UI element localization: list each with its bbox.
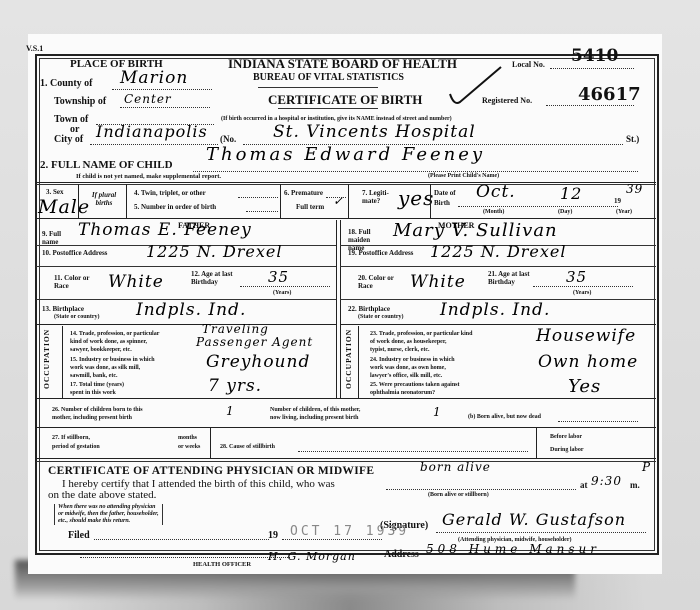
- children-born-value: 1: [226, 404, 235, 418]
- ampm-value: P: [642, 460, 651, 474]
- township-value: Center: [124, 92, 172, 106]
- hospital-value: St. Vincents Hospital: [273, 122, 476, 142]
- gestation-label: 27. If stillborn,period of gestation: [52, 434, 100, 452]
- father-birthplace-value: Indpls. Ind.: [136, 300, 246, 320]
- st-label: St.): [626, 134, 639, 144]
- date-text: on the date above stated.: [48, 489, 156, 501]
- dob-month: Oct.: [476, 182, 516, 202]
- at-label: at: [580, 480, 588, 490]
- father-industry-label: 15. Industry or business in whichwork wa…: [70, 356, 155, 380]
- township-label: Township of: [54, 96, 106, 107]
- child-name-label: 2. FULL NAME OF CHILD: [40, 159, 173, 171]
- mother-trade-value: Housewife: [536, 326, 636, 346]
- mother-birthplace-value: Indpls. Ind.: [440, 300, 550, 320]
- county-value: Marion: [120, 68, 188, 88]
- mother-industry-label: 24. Industry or business in whichwork wa…: [370, 356, 455, 380]
- father-industry-value: Greyhound: [206, 352, 310, 372]
- father-address-value: 1225 N. Drexel: [146, 242, 283, 261]
- mother-industry-value: Own home: [538, 352, 638, 372]
- mother-ophthalmia-label: 25. Were precautions taken againstophtha…: [370, 381, 460, 397]
- child-name-note: If child is not yet named, make suppleme…: [76, 173, 221, 180]
- legitimate-value: yes: [398, 186, 434, 210]
- address-label: Address: [384, 549, 419, 560]
- father-name-label: 9. Full name: [42, 230, 70, 246]
- twin-label: 4. Twin, triplet, or other: [134, 189, 206, 197]
- during-labor-label: During labor: [550, 447, 584, 453]
- physician-signature: Gerald W. Gustafson: [442, 510, 626, 529]
- filed-19-label: 19: [268, 530, 278, 541]
- father-age-value: 35: [268, 268, 289, 286]
- birth-time-value: 9:30: [591, 474, 622, 488]
- father-birthplace-label: 13. Birthplace: [42, 305, 84, 313]
- birth-certificate: V.S.1 PLACE OF BIRTH INDIANA STATE BOARD…: [28, 34, 662, 574]
- father-time-value: 7 yrs.: [208, 376, 262, 396]
- hospital-no-label: (No.: [220, 134, 236, 144]
- mother-occupation-label: OCCUPATION: [344, 329, 353, 389]
- father-years-caption: (Years): [273, 290, 291, 296]
- mother-age-label: 21. Age at last Birthday: [488, 270, 558, 286]
- month-caption: (Month): [483, 209, 504, 215]
- health-officer-label: HEALTH OFFICER: [193, 561, 251, 568]
- county-label: 1. County of: [40, 78, 93, 89]
- mother-ophthalmia-value: Yes: [568, 376, 601, 397]
- fullterm-label: Full term: [296, 203, 324, 211]
- mother-birthplace-sub: (State or country): [358, 314, 404, 320]
- months-weeks-label: monthsor weeks: [178, 434, 200, 452]
- cause-of-stillbirth-label: 28. Cause of stillbirth: [220, 444, 275, 450]
- born-status-caption: (Born alive or stillborn): [428, 492, 489, 498]
- local-no-label: Local No.: [512, 60, 545, 69]
- father-birthplace-sub: (State or country): [54, 314, 100, 320]
- father-time-label: 17. Total time (years)spent in this work: [70, 381, 124, 397]
- father-occupation-label: OCCUPATION: [42, 329, 51, 389]
- before-labor-label: Before labor: [550, 434, 582, 440]
- filed-date-stamp: OCT 17 1939: [290, 524, 409, 539]
- children-living-label: Number of children, of this mother,now l…: [270, 406, 360, 422]
- dob-year-prefix: 19: [614, 197, 621, 205]
- children-living-value: 1: [433, 405, 442, 419]
- father-trade-label: 14. Trade, profession, or particularkind…: [70, 330, 159, 354]
- checkmark-icon: [446, 64, 506, 109]
- children-born-label: 26. Number of children born to thismothe…: [52, 406, 143, 422]
- father-name-value: Thomas E. Feeney: [78, 220, 252, 240]
- mother-race-value: White: [410, 272, 466, 292]
- father-race-value: White: [108, 272, 164, 292]
- mother-name-value: Mary V. Sullivan: [393, 220, 558, 241]
- filed-label: Filed: [68, 530, 90, 541]
- born-alive-now-dead-label: (b) Born alive, but now dead: [468, 414, 541, 420]
- mother-years-caption: (Years): [573, 290, 591, 296]
- sex-label: 3. Sex: [46, 188, 64, 196]
- day-caption: (Day): [558, 209, 572, 215]
- premature-label: 6. Premature: [284, 189, 323, 197]
- dob-day: 12: [560, 184, 582, 203]
- mother-address-value: 1225 N. Drexel: [430, 242, 567, 261]
- plural-births-label: If plural births: [84, 191, 124, 207]
- certificate-title: CERTIFICATE OF BIRTH: [268, 92, 422, 108]
- father-race-label: 11. Color or Race: [54, 274, 104, 290]
- form-code: V.S.1: [26, 44, 43, 53]
- dob-label: Date of Birth: [434, 188, 464, 208]
- mother-address-label: 19. Postoffice Address: [348, 249, 413, 257]
- city-value: Indianapolis: [96, 122, 208, 141]
- father-address-label: 10. Postoffice Address: [42, 249, 107, 257]
- child-name-value: Thomas Edward Feeney: [206, 144, 485, 165]
- father-trade-value: TravelingPassenger Agent: [196, 323, 313, 349]
- dob-year: 39: [626, 182, 643, 196]
- agency-title: INDIANA STATE BOARD OF HEALTH: [228, 56, 457, 72]
- local-no: 5410: [571, 46, 618, 66]
- sex-value: Male: [38, 196, 90, 218]
- registered-no: 46617: [578, 84, 641, 105]
- fullterm-value: ✓: [333, 194, 344, 208]
- bureau-title: BUREAU OF VITAL STATISTICS: [253, 72, 404, 83]
- mother-race-label: 20. Color or Race: [358, 274, 408, 290]
- print-note: (Please Print Child's Name): [428, 173, 499, 179]
- physician-address-value: 508 Hume Mansur: [426, 542, 600, 556]
- physician-heading: CERTIFICATE OF ATTENDING PHYSICIAN OR MI…: [48, 465, 374, 477]
- order-label: 5. Number in order of birth: [134, 203, 216, 211]
- father-age-label: 12. Age at last Birthday: [191, 270, 261, 286]
- city-label: City of: [54, 134, 83, 145]
- health-officer-signature: H. G. Morgan: [268, 550, 356, 563]
- mother-trade-label: 23. Trade, profession, or particular kin…: [370, 330, 472, 354]
- legitimate-label: 7. Legiti-mate?: [362, 189, 402, 205]
- born-status-value: born alive: [420, 460, 491, 474]
- year-caption: (Year): [616, 209, 632, 215]
- no-physician-note: When there was no attending physicianor …: [54, 504, 163, 525]
- m-label: m.: [630, 480, 640, 490]
- mother-birthplace-label: 22. Birthplace: [348, 305, 390, 313]
- mother-age-value: 35: [566, 268, 587, 286]
